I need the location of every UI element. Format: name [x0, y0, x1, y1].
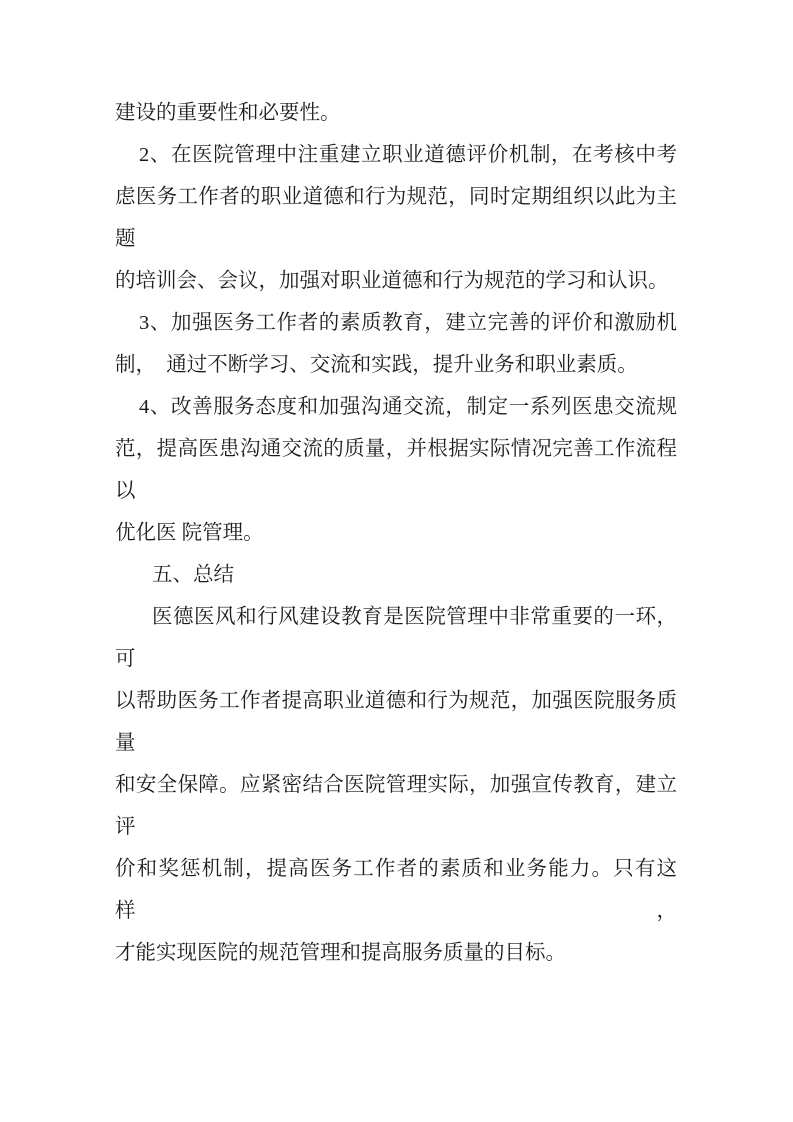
paragraph: 3、加强医务工作者的素质教育，建立完善的评价和激励机制， 通过不断学习、交流和实…	[115, 302, 677, 386]
text-line: 才能实现医院的规范管理和提高服务质量的目标。	[115, 932, 677, 974]
text-line: 的培训会、会议，加强对职业道德和行为规范的学习和认识。	[115, 260, 677, 302]
text-line: 3、加强医务工作者的素质教育，建立完善的评价和激励机	[115, 302, 677, 344]
text-line: 虑医务工作者的职业道德和行为规范，同时定期组织以此为主题	[115, 176, 677, 260]
document-page: 建设的重要性和必要性。2、在医院管理中注重建立职业道德评价机制，在考核中考虑医务…	[0, 0, 793, 1122]
paragraph: 4、改善服务态度和加强沟通交流，制定一系列医患交流规范，提高医患沟通交流的质量，…	[115, 386, 677, 554]
text-line: 医德医风和行风建设教育是医院管理中非常重要的一环，可	[115, 596, 677, 680]
text-line: 4、改善服务态度和加强沟通交流，制定一系列医患交流规	[115, 386, 677, 428]
text-line: 2、在医院管理中注重建立职业道德评价机制，在考核中考	[115, 134, 677, 176]
text-line: 以帮助医务工作者提高职业道德和行为规范，加强医院服务质量	[115, 680, 677, 764]
text-line: 制， 通过不断学习、交流和实践，提升业务和职业素质。	[115, 344, 677, 386]
text-line: 五、总结	[115, 554, 677, 596]
text-line: 和安全保障。应紧密结合医院管理实际，加强宣传教育，建立评	[115, 764, 677, 848]
text-line: 优化医 院管理。	[115, 512, 677, 554]
text-line: 价和奖惩机制，提高医务工作者的素质和业务能力。只有这样，	[115, 848, 677, 932]
paragraph: 建设的重要性和必要性。	[115, 92, 677, 134]
paragraph: 2、在医院管理中注重建立职业道德评价机制，在考核中考虑医务工作者的职业道德和行为…	[115, 134, 677, 302]
paragraph: 五、总结	[115, 554, 677, 596]
text-line: 建设的重要性和必要性。	[115, 92, 677, 134]
text-line: 范，提高医患沟通交流的质量，并根据实际情况完善工作流程以	[115, 428, 677, 512]
document-body-text: 建设的重要性和必要性。2、在医院管理中注重建立职业道德评价机制，在考核中考虑医务…	[115, 92, 677, 974]
paragraph: 医德医风和行风建设教育是医院管理中非常重要的一环，可以帮助医务工作者提高职业道德…	[115, 596, 677, 974]
